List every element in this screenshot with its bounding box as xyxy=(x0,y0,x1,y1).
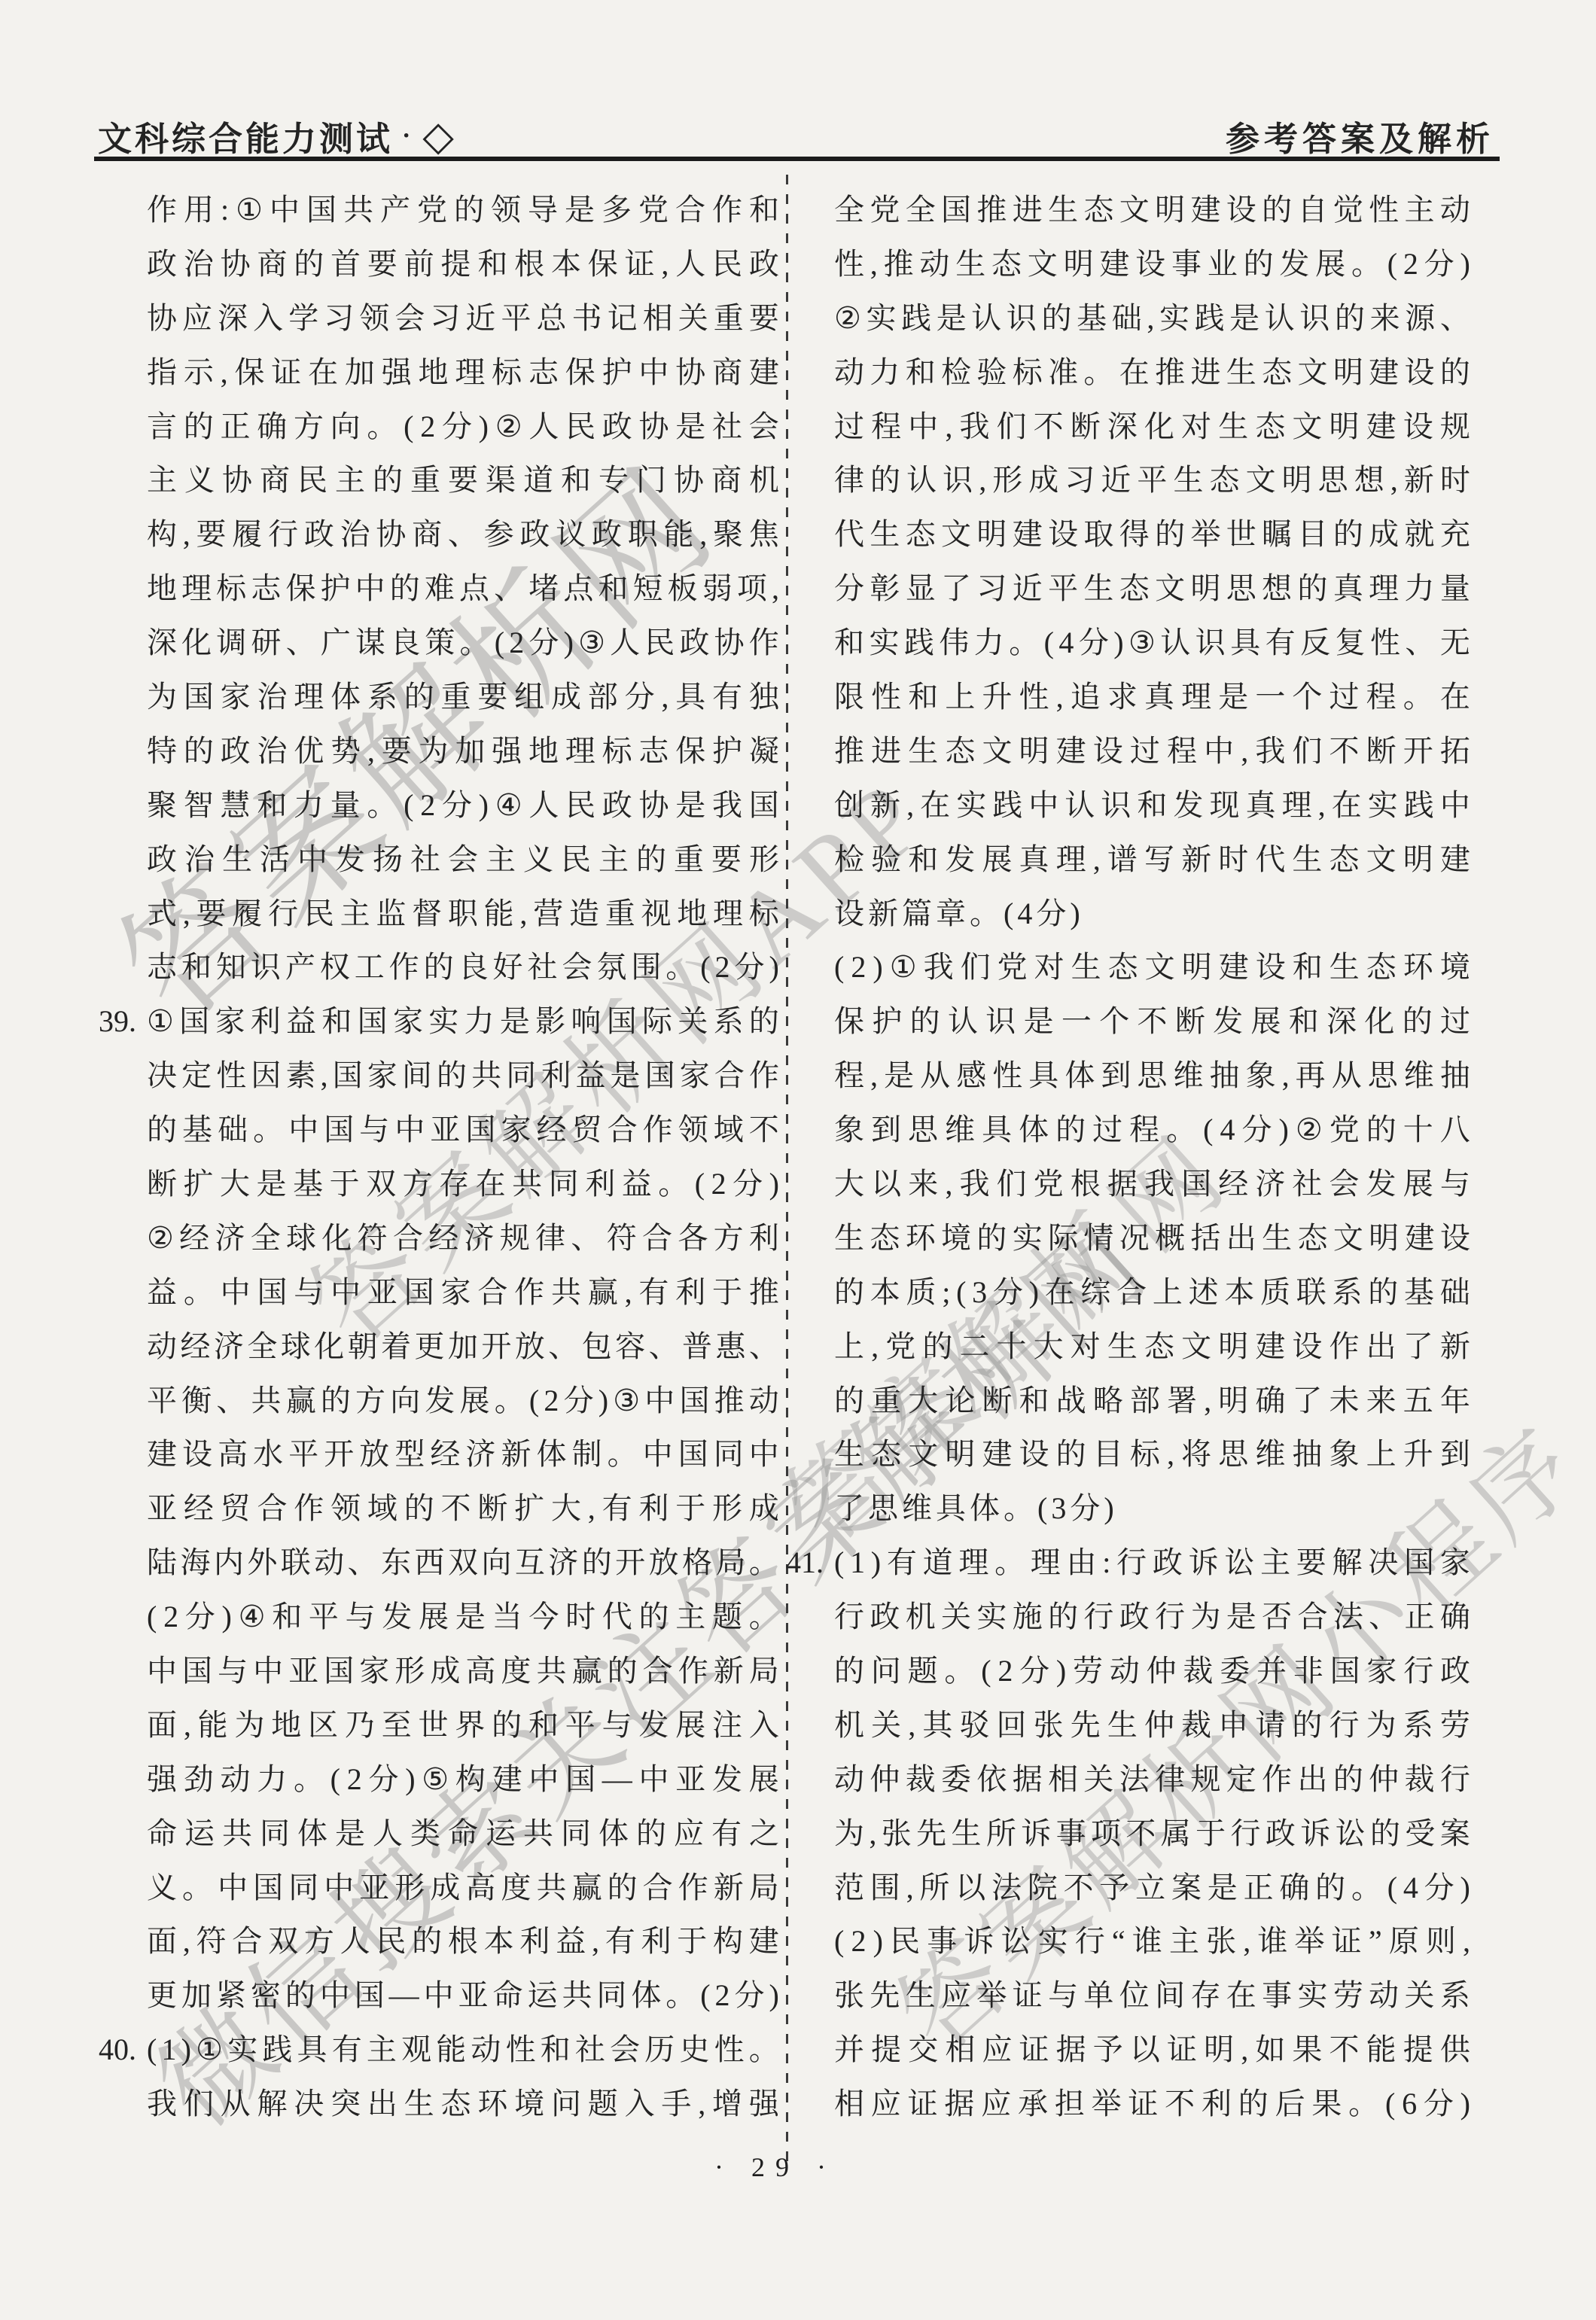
text-line: 动力和检验标准。在推进生态文明建设的 xyxy=(834,346,1470,400)
text-line: (2分)④和平与发展是当今时代的主题。 xyxy=(147,1590,779,1644)
text-line: 亚经贸合作领域的不断扩大,有利于形成 xyxy=(147,1481,779,1536)
line-text: 象到思维具体的过程。(4分)②党的十八 xyxy=(834,1115,1470,1145)
text-line: 政治协商的首要前提和根本保证,人民政 xyxy=(147,237,779,291)
line-text: 构,要履行政治协商、参政议政职能,聚焦 xyxy=(147,519,779,550)
line-text: 政治生活中发扬社会主义民主的重要形 xyxy=(147,845,779,875)
line-text: 地理标志保护中的难点、堵点和短板弱项, xyxy=(147,574,779,604)
line-text: 志和知识产权工作的良好社会氛围。(2分) xyxy=(147,952,779,982)
line-text: 作用:①中国共产党的领导是多党合作和 xyxy=(147,195,779,225)
text-line: 动经济全球化朝着更加开放、包容、普惠、 xyxy=(147,1320,779,1374)
text-line: 政治生活中发扬社会主义民主的重要形 xyxy=(147,833,779,887)
text-line: 上,党的二十大对生态文明建设作出了新 xyxy=(834,1320,1470,1374)
line-text: 推进生态文明建设过程中,我们不断开拓 xyxy=(834,736,1470,766)
line-text: 协应深入学习领会习近平总书记相关重要 xyxy=(147,303,779,333)
text-line: 过程中,我们不断深化对生态文明建设规 xyxy=(834,400,1470,454)
line-text: (1)有道理。理由:行政诉讼主要解决国家 xyxy=(834,1548,1470,1578)
text-line: 分彰显了习近平生态文明思想的真理力量 xyxy=(834,562,1470,616)
line-text: 过程中,我们不断深化对生态文明建设规 xyxy=(834,412,1470,442)
text-line: 生态环境的实际情况概括出生态文明建设 xyxy=(834,1211,1470,1265)
test-name-label: 文科综合能力测试 xyxy=(98,111,393,160)
line-text: 张先生应举证与单位间存在事实劳动关系 xyxy=(834,1981,1470,2011)
line-text: 更加紧密的中国—中亚命运共同体。(2分) xyxy=(147,1981,779,2011)
text-line: 代生态文明建设取得的举世瞩目的成就充 xyxy=(834,507,1470,562)
left-column: 作用:①中国共产党的领导是多党合作和政治协商的首要前提和根本保证,人民政协应深入… xyxy=(147,183,779,2131)
diamond-icon: ◇ xyxy=(422,116,457,157)
text-line: 张先生应举证与单位间存在事实劳动关系 xyxy=(834,1968,1470,2023)
text-line: 的重大论断和战略部署,明确了未来五年 xyxy=(834,1374,1470,1428)
text-line: 动仲裁委依据相关法律规定作出的仲裁行 xyxy=(834,1752,1470,1807)
text-line: 义。中国同中亚形成高度共赢的合作新局 xyxy=(147,1861,779,1915)
text-line: 为国家治理体系的重要组成部分,具有独 xyxy=(147,670,779,724)
line-text: 设新篇章。(4分) xyxy=(834,899,1470,929)
right-column: 全党全国推进生态文明建设的自觉性主动性,推动生态文明建设事业的发展。(2分)②实… xyxy=(834,183,1470,2131)
text-line: 41.(1)有道理。理由:行政诉讼主要解决国家 xyxy=(834,1536,1470,1590)
text-line: 律的认识,形成习近平生态文明思想,新时 xyxy=(834,453,1470,507)
line-text: 性,推动生态文明建设事业的发展。(2分) xyxy=(834,249,1470,279)
text-line: 性,推动生态文明建设事业的发展。(2分) xyxy=(834,237,1470,291)
text-line: 为,张先生所诉事项不属于行政诉讼的受案 xyxy=(834,1807,1470,1861)
text-line: 行政机关实施的行政行为是否合法、正确 xyxy=(834,1590,1470,1644)
text-line: 协应深入学习领会习近平总书记相关重要 xyxy=(147,291,779,346)
line-text: 平衡、共赢的方向发展。(2分)③中国推动 xyxy=(147,1386,779,1416)
text-line: 聚智慧和力量。(2分)④人民政协是我国 xyxy=(147,778,779,833)
text-line: 命运共同体是人类命运共同体的应有之 xyxy=(147,1807,779,1861)
text-line: 象到思维具体的过程。(4分)②党的十八 xyxy=(834,1103,1470,1157)
line-text: 聚智慧和力量。(2分)④人民政协是我国 xyxy=(147,790,779,821)
text-line: 保护的认识是一个不断发展和深化的过 xyxy=(834,994,1470,1049)
text-line: 强劲动力。(2分)⑤构建中国—中亚发展 xyxy=(147,1752,779,1807)
line-text: 面,能为地区乃至世界的和平与发展注入 xyxy=(147,1710,779,1740)
text-line: 并提交相应证据予以证明,如果不能提供 xyxy=(834,2023,1470,2077)
line-text: 的重大论断和战略部署,明确了未来五年 xyxy=(834,1386,1470,1416)
text-line: (2)①我们党对生态文明建设和生态环境 xyxy=(834,940,1470,994)
line-text: ②实践是认识的基础,实践是认识的来源、 xyxy=(834,303,1470,333)
text-line: 式,要履行民主监督职能,营造重视地理标 xyxy=(147,887,779,941)
line-text: 式,要履行民主监督职能,营造重视地理标 xyxy=(147,899,779,929)
text-line: 面,能为地区乃至世界的和平与发展注入 xyxy=(147,1698,779,1752)
text-line: ②经济全球化符合经济规律、符合各方利 xyxy=(147,1211,779,1265)
text-line: 建设高水平开放型经济新体制。中国同中 xyxy=(147,1427,779,1481)
text-line: 和实践伟力。(4分)③认识具有反复性、无 xyxy=(834,616,1470,670)
line-text: 范围,所以法院不予立案是正确的。(4分) xyxy=(834,1873,1470,1903)
line-text: (2分)④和平与发展是当今时代的主题。 xyxy=(147,1602,779,1632)
text-line: 程,是从感性具体到思维抽象,再从思维抽 xyxy=(834,1049,1470,1103)
text-line: 主义协商民主的重要渠道和专门协商机 xyxy=(147,453,779,507)
line-text: 指示,保证在加强地理标志保护中协商建 xyxy=(147,358,779,388)
text-line: ②实践是认识的基础,实践是认识的来源、 xyxy=(834,291,1470,346)
line-text: 了思维具体。(3分) xyxy=(834,1493,1470,1524)
line-text: 亚经贸合作领域的不断扩大,有利于形成 xyxy=(147,1493,779,1524)
text-line: 40.(1)①实践具有主观能动性和社会历史性。 xyxy=(147,2023,779,2077)
line-text: 义。中国同中亚形成高度共赢的合作新局 xyxy=(147,1873,779,1903)
text-line: 决定性因素,国家间的共同利益是国家合作 xyxy=(147,1049,779,1103)
header-right-title: 参考答案及解析 xyxy=(1226,111,1494,160)
line-text: 程,是从感性具体到思维抽象,再从思维抽 xyxy=(834,1061,1470,1091)
line-text: ②经济全球化符合经济规律、符合各方利 xyxy=(147,1223,779,1253)
line-text: 益。中国与中亚国家合作共赢,有利于推 xyxy=(147,1277,779,1308)
line-text: (2)①我们党对生态文明建设和生态环境 xyxy=(834,952,1470,982)
text-line: 的基础。中国与中亚国家经贸合作领域不 xyxy=(147,1103,779,1157)
line-text: 上,党的二十大对生态文明建设作出了新 xyxy=(834,1332,1470,1362)
line-text: 动仲裁委依据相关法律规定作出的仲裁行 xyxy=(834,1764,1470,1795)
text-line: 推进生态文明建设过程中,我们不断开拓 xyxy=(834,724,1470,778)
line-text: 动经济全球化朝着更加开放、包容、普惠、 xyxy=(147,1332,779,1362)
text-line: 断扩大是基于双方存在共同利益。(2分) xyxy=(147,1157,779,1211)
line-text: 相应证据应承担举证不利的后果。(6分) xyxy=(834,2089,1470,2119)
line-text: ①国家利益和国家实力是影响国际关系的 xyxy=(147,1006,779,1037)
line-text: 言的正确方向。(2分)②人民政协是社会 xyxy=(147,412,779,442)
line-text: 断扩大是基于双方存在共同利益。(2分) xyxy=(147,1169,779,1199)
line-text: 的本质;(3分)在综合上述本质联系的基础 xyxy=(834,1277,1470,1308)
text-line: (2)民事诉讼实行“谁主张,谁举证”原则, xyxy=(834,1915,1470,1969)
line-text: 和实践伟力。(4分)③认识具有反复性、无 xyxy=(834,628,1470,658)
text-line: 的问题。(2分)劳动仲裁委并非国家行政 xyxy=(834,1644,1470,1698)
header-rule xyxy=(94,157,1500,161)
text-line: 了思维具体。(3分) xyxy=(834,1481,1470,1536)
scanned-answer-page: 答案解析网答案解析网APP答案解析网微信搜索关注答案解析网答案解析网小程序 文科… xyxy=(0,0,1596,2320)
line-text: 并提交相应证据予以证明,如果不能提供 xyxy=(834,2035,1470,2065)
line-text: 生态文明建设的目标,将思维抽象上升到 xyxy=(834,1439,1470,1469)
text-line: 大以来,我们党根据我国经济社会发展与 xyxy=(834,1157,1470,1211)
item-number: 41. xyxy=(786,1548,831,1578)
line-text: 动力和检验标准。在推进生态文明建设的 xyxy=(834,358,1470,388)
text-line: 创新,在实践中认识和发现真理,在实践中 xyxy=(834,778,1470,833)
text-line: 特的政治优势,要为加强地理标志保护凝 xyxy=(147,724,779,778)
line-text: 陆海内外联动、东西双向互济的开放格局。 xyxy=(147,1548,779,1578)
line-text: 主义协商民主的重要渠道和专门协商机 xyxy=(147,465,779,495)
line-text: 机关,其驳回张先生仲裁申请的行为系劳 xyxy=(834,1710,1470,1740)
line-text: 深化调研、广谋良策。(2分)③人民政协作 xyxy=(147,628,779,658)
line-text: 命运共同体是人类命运共同体的应有之 xyxy=(147,1819,779,1849)
text-line: 作用:①中国共产党的领导是多党合作和 xyxy=(147,183,779,237)
text-line: 陆海内外联动、东西双向互济的开放格局。 xyxy=(147,1536,779,1590)
text-line: 地理标志保护中的难点、堵点和短板弱项, xyxy=(147,562,779,616)
text-line: 机关,其驳回张先生仲裁申请的行为系劳 xyxy=(834,1698,1470,1752)
line-text: 的基础。中国与中亚国家经贸合作领域不 xyxy=(147,1115,779,1145)
text-line: 指示,保证在加强地理标志保护中协商建 xyxy=(147,346,779,400)
text-line: 39.①国家利益和国家实力是影响国际关系的 xyxy=(147,994,779,1049)
line-text: 决定性因素,国家间的共同利益是国家合作 xyxy=(147,1061,779,1091)
line-text: 分彰显了习近平生态文明思想的真理力量 xyxy=(834,574,1470,604)
line-text: 创新,在实践中认识和发现真理,在实践中 xyxy=(834,790,1470,821)
text-line: 的本质;(3分)在综合上述本质联系的基础 xyxy=(834,1265,1470,1320)
line-text: 全党全国推进生态文明建设的自觉性主动 xyxy=(834,195,1470,225)
line-text: (2)民事诉讼实行“谁主张,谁举证”原则, xyxy=(834,1926,1470,1956)
line-text: 政治协商的首要前提和根本保证,人民政 xyxy=(147,249,779,279)
text-line: 言的正确方向。(2分)②人民政协是社会 xyxy=(147,400,779,454)
line-text: 中国与中亚国家形成高度共赢的合作新局 xyxy=(147,1656,779,1686)
text-line: 面,符合双方人民的根本利益,有利于构建 xyxy=(147,1915,779,1969)
line-text: 行政机关实施的行政行为是否合法、正确 xyxy=(834,1602,1470,1632)
text-line: 范围,所以法院不予立案是正确的。(4分) xyxy=(834,1861,1470,1915)
line-text: 律的认识,形成习近平生态文明思想,新时 xyxy=(834,465,1470,495)
text-line: 更加紧密的中国—中亚命运共同体。(2分) xyxy=(147,1968,779,2023)
text-line: 益。中国与中亚国家合作共赢,有利于推 xyxy=(147,1265,779,1320)
line-text: (1)①实践具有主观能动性和社会历史性。 xyxy=(147,2035,779,2065)
text-line: 构,要履行政治协商、参政议政职能,聚焦 xyxy=(147,507,779,562)
line-text: 建设高水平开放型经济新体制。中国同中 xyxy=(147,1439,779,1469)
item-number: 39. xyxy=(99,1006,144,1037)
text-line: 生态文明建设的目标,将思维抽象上升到 xyxy=(834,1427,1470,1481)
text-line: 检验和发展真理,谱写新时代生态文明建 xyxy=(834,833,1470,887)
page-number: · 29 · xyxy=(700,2151,851,2183)
content-layer: 文科综合能力测试·◇ 参考答案及解析 作用:①中国共产党的领导是多党合作和政治协… xyxy=(0,0,1596,2320)
line-text: 生态环境的实际情况概括出生态文明建设 xyxy=(834,1223,1470,1253)
line-text: 代生态文明建设取得的举世瞩目的成就充 xyxy=(834,519,1470,550)
line-text: 面,符合双方人民的根本利益,有利于构建 xyxy=(147,1926,779,1956)
text-line: 中国与中亚国家形成高度共赢的合作新局 xyxy=(147,1644,779,1698)
text-line: 限性和上升性,追求真理是一个过程。在 xyxy=(834,670,1470,724)
line-text: 保护的认识是一个不断发展和深化的过 xyxy=(834,1006,1470,1037)
separator-dot: · xyxy=(402,122,413,151)
column-divider xyxy=(786,175,788,2162)
line-text: 检验和发展真理,谱写新时代生态文明建 xyxy=(834,845,1470,875)
text-line: 志和知识产权工作的良好社会氛围。(2分) xyxy=(147,940,779,994)
line-text: 限性和上升性,追求真理是一个过程。在 xyxy=(834,682,1470,712)
header-left-title: 文科综合能力测试·◇ xyxy=(98,111,457,160)
text-line: 我们从解决突出生态环境问题入手,增强 xyxy=(147,2077,779,2131)
line-text: 我们从解决突出生态环境问题入手,增强 xyxy=(147,2089,779,2119)
line-text: 为国家治理体系的重要组成部分,具有独 xyxy=(147,682,779,712)
text-line: 平衡、共赢的方向发展。(2分)③中国推动 xyxy=(147,1374,779,1428)
text-line: 深化调研、广谋良策。(2分)③人民政协作 xyxy=(147,616,779,670)
line-text: 强劲动力。(2分)⑤构建中国—中亚发展 xyxy=(147,1764,779,1795)
line-text: 大以来,我们党根据我国经济社会发展与 xyxy=(834,1169,1470,1199)
line-text: 特的政治优势,要为加强地理标志保护凝 xyxy=(147,736,779,766)
line-text: 的问题。(2分)劳动仲裁委并非国家行政 xyxy=(834,1656,1470,1686)
text-line: 全党全国推进生态文明建设的自觉性主动 xyxy=(834,183,1470,237)
text-line: 相应证据应承担举证不利的后果。(6分) xyxy=(834,2077,1470,2131)
text-line: 设新篇章。(4分) xyxy=(834,887,1470,941)
item-number: 40. xyxy=(99,2035,144,2065)
line-text: 为,张先生所诉事项不属于行政诉讼的受案 xyxy=(834,1819,1470,1849)
